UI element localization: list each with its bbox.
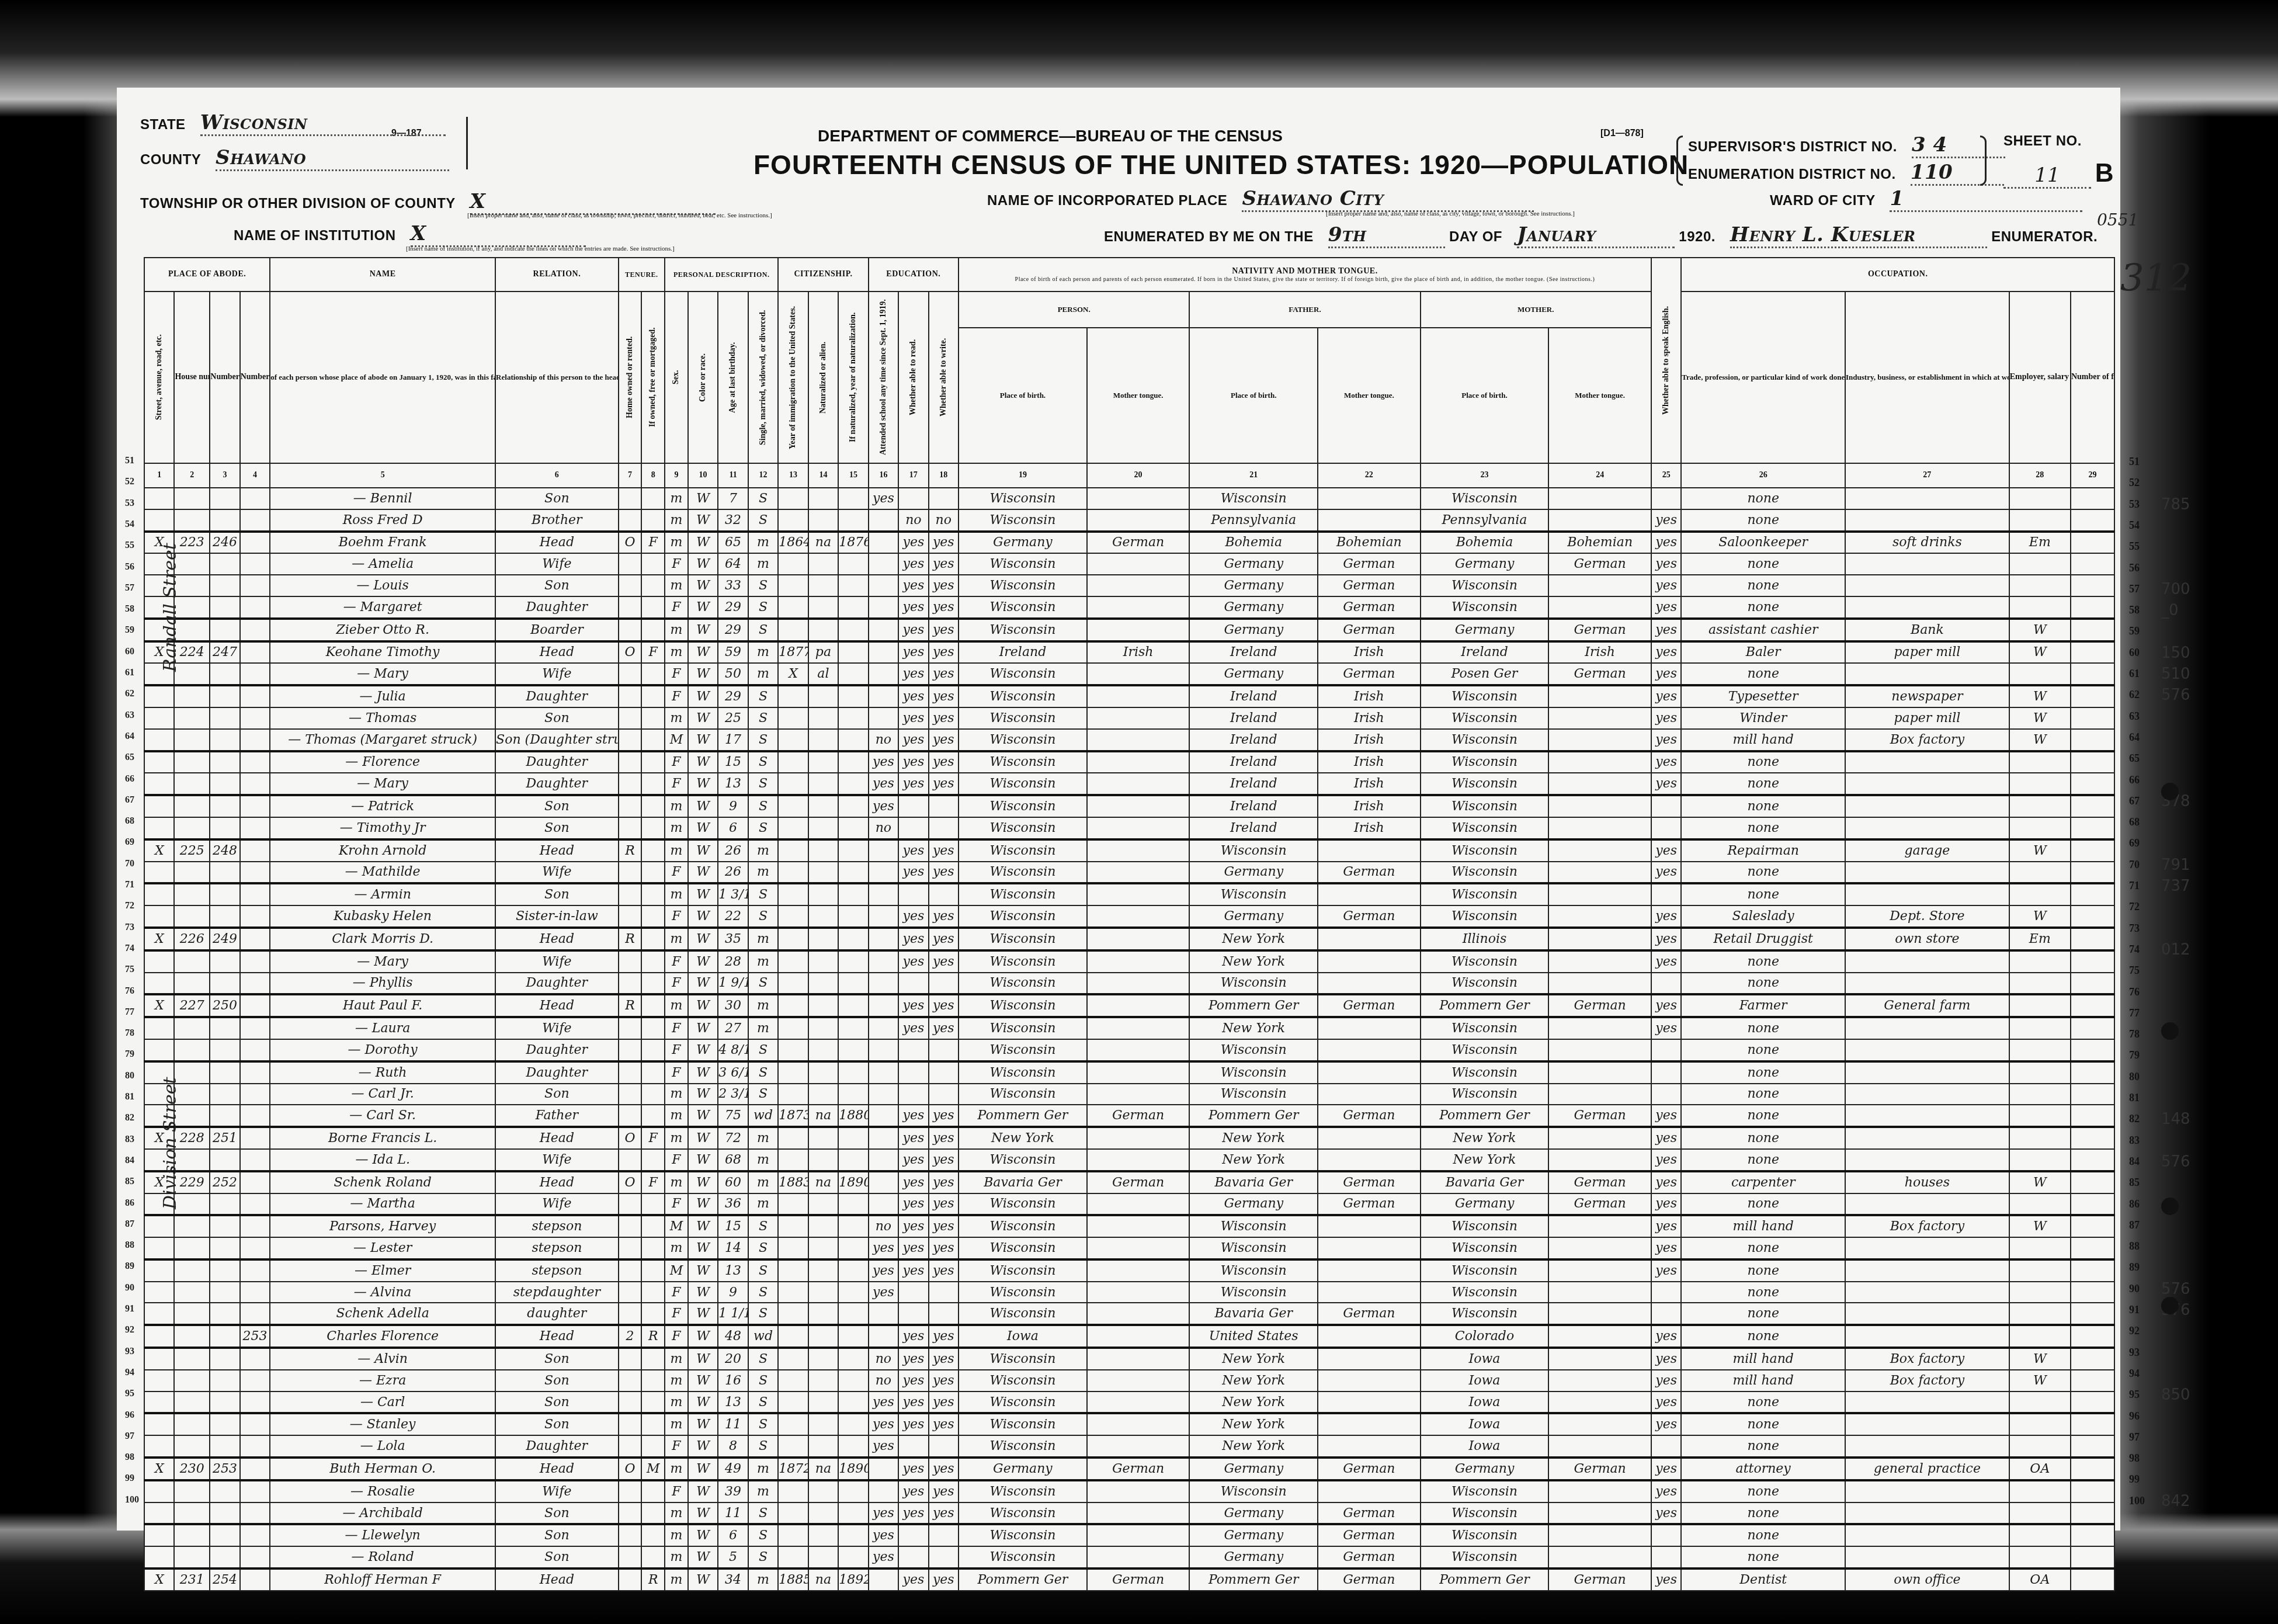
marital-status-cell: m [748, 928, 778, 950]
dwelling-number-cell: 246 [210, 532, 239, 554]
farm-schedule-cell [2071, 883, 2114, 905]
street-mark-cell [144, 1282, 174, 1303]
mother-birthplace-cell: Germany [1421, 1458, 1549, 1480]
line-number-right: 92 [2129, 1325, 2140, 1337]
street-mark-cell: X [144, 1458, 174, 1480]
naturalized-cell: na [808, 532, 838, 554]
father-tongue-cell [1318, 1084, 1420, 1105]
trade-cell: none [1681, 862, 1845, 884]
age-cell: 20 [718, 1348, 748, 1370]
table-row: X224247Keohane TimothyHeadOFmW59m1877pay… [144, 641, 2114, 664]
col-17-header: Whether able to read. [898, 292, 928, 463]
dwelling-number-cell [210, 773, 239, 795]
trade-cell: Baler [1681, 641, 1845, 664]
line-number-left: 88 [125, 1240, 134, 1251]
ward-label: WARD OF CITY [1770, 193, 1875, 209]
mother-tongue-cell [1087, 1215, 1189, 1237]
father-tongue-cell: German [1318, 663, 1420, 685]
sex-cell: m [665, 1348, 688, 1370]
race-cell: W [688, 773, 718, 795]
col-22-header: Mother tongue. [1318, 328, 1420, 463]
attended-school-cell [869, 994, 898, 1017]
race-cell: W [688, 1282, 718, 1303]
line-number-left: 65 [125, 752, 134, 763]
worker-class-cell: W [2009, 729, 2071, 751]
mother-mother-tongue-cell: German [1548, 1569, 1651, 1591]
able-to-read-cell [898, 1039, 928, 1061]
home-owned-cell: 2 [619, 1325, 642, 1348]
house-number-cell [174, 1413, 210, 1435]
dwelling-number-cell [210, 1039, 239, 1061]
home-owned-cell [619, 1348, 642, 1370]
immigration-year-cell [778, 553, 808, 575]
marital-status-cell: S [748, 1061, 778, 1084]
dwelling-number-cell [210, 905, 239, 928]
house-number-cell [174, 773, 210, 795]
relation-cell: Head [495, 1569, 619, 1591]
naturalized-cell [808, 596, 838, 619]
home-owned-cell [619, 1435, 642, 1458]
birthplace-cell: Wisconsin [959, 619, 1087, 641]
dwelling-number-cell [210, 1325, 239, 1348]
immigration-year-cell [778, 575, 808, 596]
industry-cell [1845, 1391, 2009, 1414]
speaks-english-cell: yes [1651, 1413, 1681, 1435]
home-owned-cell [619, 1105, 642, 1127]
marital-status-cell: m [748, 1458, 778, 1480]
worker-class-cell: W [2009, 839, 2071, 862]
speaks-english-cell: yes [1651, 1237, 1681, 1259]
free-or-mortgaged-cell [641, 685, 665, 707]
dwelling-number-cell: 252 [210, 1171, 239, 1193]
col-9-header: Sex. [665, 292, 688, 463]
family-number-cell [240, 532, 270, 554]
birthplace-cell: Wisconsin [959, 795, 1087, 817]
person-name-cell: — Carl Sr. [270, 1105, 495, 1127]
sheet-side: B [2095, 159, 2114, 188]
binder-hole [2161, 1198, 2179, 1215]
trade-cell: none [1681, 1502, 1845, 1525]
day-of-label: DAY OF [1449, 229, 1502, 245]
birthplace-cell: Wisconsin [959, 488, 1087, 509]
industry-cell [1845, 488, 2009, 509]
relation-cell: Daughter [495, 685, 619, 707]
family-number-cell [240, 795, 270, 817]
naturalization-year-cell [838, 1215, 868, 1237]
mother-tongue-cell [1087, 619, 1189, 641]
worker-class-cell: Em [2009, 928, 2071, 950]
sex-cell: m [665, 1127, 688, 1149]
attended-school-cell [869, 575, 898, 596]
sheet-mark: 312 [2120, 257, 2192, 300]
father-birthplace-cell: Wisconsin [1189, 839, 1318, 862]
nativity-title: NATIVITY AND MOTHER TONGUE. [959, 267, 1651, 276]
person-name-cell: Boehm Frank [270, 532, 495, 554]
state-value: Wisconsin [200, 111, 446, 136]
father-tongue-cell: German [1318, 1524, 1420, 1546]
age-cell: 28 [718, 950, 748, 973]
home-owned-cell [619, 1569, 642, 1591]
person-name-cell: — Margaret [270, 596, 495, 619]
able-to-read-cell: yes [898, 1237, 928, 1259]
line-number-left: 59 [125, 625, 134, 636]
mother-tongue-cell: German [1087, 1105, 1189, 1127]
industry-cell: Box factory [1845, 1370, 2009, 1391]
person-name-cell: Zieber Otto R. [270, 619, 495, 641]
line-number-left: 93 [125, 1347, 134, 1357]
line-number-left: 52 [125, 477, 134, 487]
mother-birthplace-cell: Wisconsin [1421, 839, 1549, 862]
immigration-year-cell [778, 1370, 808, 1391]
free-or-mortgaged-cell [641, 1017, 665, 1039]
group-personal-description: PERSONAL DESCRIPTION. [665, 258, 778, 292]
farm-schedule-cell [2071, 950, 2114, 973]
father-birthplace-cell: Germany [1189, 905, 1318, 928]
house-number-cell [174, 1325, 210, 1348]
father-birthplace-cell: Wisconsin [1189, 883, 1318, 905]
race-cell: W [688, 1149, 718, 1171]
mother-mother-tongue-cell [1548, 1237, 1651, 1259]
father-birthplace-cell: Ireland [1189, 795, 1318, 817]
father-birthplace-cell: Wisconsin [1189, 1480, 1318, 1502]
family-number-cell [240, 1171, 270, 1193]
age-cell: 36 [718, 1193, 748, 1216]
home-owned-cell [619, 1282, 642, 1303]
naturalization-year-cell [838, 641, 868, 664]
house-number-cell [174, 1215, 210, 1237]
naturalization-year-cell [838, 862, 868, 884]
sex-cell: m [665, 1524, 688, 1546]
house-number-cell [174, 817, 210, 839]
sex-cell: F [665, 950, 688, 973]
table-row: — StanleySonmW11SyesyesyesWisconsinNew Y… [144, 1413, 2114, 1435]
naturalization-year-cell [838, 1127, 868, 1149]
line-number-right: 98 [2129, 1452, 2140, 1465]
mother-birthplace-cell: Colorado [1421, 1325, 1549, 1348]
speaks-english-cell [1651, 1303, 1681, 1325]
birthplace-cell: Wisconsin [959, 509, 1087, 532]
home-owned-cell [619, 619, 642, 641]
census-table: PLACE OF ABODE. NAME RELATION. TENURE. P… [144, 257, 2115, 1591]
home-owned-cell [619, 663, 642, 685]
naturalized-cell [808, 1370, 838, 1391]
person-name-cell: — Ida L. [270, 1149, 495, 1171]
race-cell: W [688, 883, 718, 905]
home-owned-cell [619, 1215, 642, 1237]
naturalized-cell [808, 1061, 838, 1084]
table-row: — DorothyDaughterFW4 8/12SWisconsinWisco… [144, 1039, 2114, 1061]
immigration-year-cell [778, 1259, 808, 1282]
worker-class-cell: OA [2009, 1458, 2071, 1480]
mother-tongue-cell [1087, 1391, 1189, 1414]
attended-school-cell [869, 1303, 898, 1325]
able-to-write-cell: yes [929, 532, 959, 554]
industry-cell [1845, 1193, 2009, 1216]
dwelling-number-cell: 250 [210, 994, 239, 1017]
home-owned-cell [619, 1149, 642, 1171]
naturalization-year-cell [838, 1325, 868, 1348]
father-tongue-cell: German [1318, 862, 1420, 884]
sex-cell: F [665, 1480, 688, 1502]
mother-tongue-cell [1087, 1282, 1189, 1303]
father-tongue-cell [1318, 839, 1420, 862]
line-number-left: 70 [125, 859, 134, 869]
industry-cell: newspaper [1845, 685, 2009, 707]
mother-mother-tongue-cell [1548, 862, 1651, 884]
col-21-header: Place of birth. [1189, 328, 1318, 463]
speaks-english-cell: yes [1651, 707, 1681, 729]
table-row: — ElmerstepsonMW13SyesyesyesWisconsinWis… [144, 1259, 2114, 1282]
father-birthplace-cell: Wisconsin [1189, 1061, 1318, 1084]
able-to-write-cell: yes [929, 751, 959, 773]
worker-class-cell [2009, 1127, 2071, 1149]
trade-cell: mill hand [1681, 1348, 1845, 1370]
header-bracket [466, 117, 468, 169]
col-number: 25 [1651, 463, 1681, 488]
naturalization-year-cell [838, 1237, 868, 1259]
immigration-year-cell [778, 729, 808, 751]
father-birthplace-cell: Ireland [1189, 817, 1318, 839]
naturalization-year-cell [838, 1348, 868, 1370]
line-number-left: 54 [125, 519, 134, 530]
farm-schedule-cell [2071, 1569, 2114, 1591]
able-to-read-cell [898, 883, 928, 905]
col-18-header: Whether able to write. [929, 292, 959, 463]
able-to-read-cell: yes [898, 596, 928, 619]
sex-cell: F [665, 1325, 688, 1348]
marital-status-cell: S [748, 707, 778, 729]
father-birthplace-cell: New York [1189, 928, 1318, 950]
person-name-cell: Rohloff Herman F [270, 1569, 495, 1591]
line-number-left: 92 [125, 1325, 134, 1335]
line-number-left: 61 [125, 668, 134, 678]
age-cell: 8 [718, 1435, 748, 1458]
race-cell: W [688, 663, 718, 685]
person-name-cell: Ross Fred D [270, 509, 495, 532]
farm-schedule-cell [2071, 905, 2114, 928]
relation-cell: Son [495, 1348, 619, 1370]
mother-mother-tongue-cell [1548, 1017, 1651, 1039]
mother-tongue-cell [1087, 795, 1189, 817]
mother-mother-tongue-cell [1548, 1215, 1651, 1237]
farm-schedule-cell [2071, 1458, 2114, 1480]
relation-cell: Son [495, 707, 619, 729]
table-row: — MaryWifeFW50mXalyesyesWisconsinGermany… [144, 663, 2114, 685]
table-row: — AlvinSonmW20SnoyesyesWisconsinNew York… [144, 1348, 2114, 1370]
col-number: 23 [1421, 463, 1549, 488]
marital-status-cell: S [748, 1237, 778, 1259]
mother-birthplace-cell: Iowa [1421, 1413, 1549, 1435]
industry-cell: soft drinks [1845, 532, 2009, 554]
speaks-english-cell [1651, 1084, 1681, 1105]
able-to-read-cell [898, 795, 928, 817]
mother-tongue-cell: German [1087, 1569, 1189, 1591]
attended-school-cell [869, 663, 898, 685]
mother-mother-tongue-cell [1548, 729, 1651, 751]
mother-mother-tongue-cell [1548, 905, 1651, 928]
family-number-cell [240, 1303, 270, 1325]
speaks-english-cell: yes [1651, 1480, 1681, 1502]
mother-tongue-cell [1087, 1325, 1189, 1348]
age-cell: 68 [718, 1149, 748, 1171]
township-note: [Insert proper name and, also, name of c… [467, 212, 772, 219]
sex-cell: m [665, 928, 688, 950]
sex-cell: F [665, 1017, 688, 1039]
table-row: — RosalieWifeFW39myesyesWisconsinWiscons… [144, 1480, 2114, 1502]
mother-birthplace-cell: Wisconsin [1421, 707, 1549, 729]
col-16-header: Attended school any time since Sept. 1, … [869, 292, 898, 463]
immigration-year-cell: 1872 [778, 1458, 808, 1480]
birthplace-cell: Wisconsin [959, 928, 1087, 950]
family-number-cell [240, 1480, 270, 1502]
dwelling-number-cell [210, 553, 239, 575]
race-cell: W [688, 1127, 718, 1149]
line-number-left: 81 [125, 1092, 134, 1102]
family-number-cell [240, 1282, 270, 1303]
street-mark-cell [144, 751, 174, 773]
able-to-read-cell: yes [898, 1105, 928, 1127]
able-to-read-cell [898, 1546, 928, 1569]
farm-schedule-cell [2071, 1149, 2114, 1171]
mother-mother-tongue-cell [1548, 1039, 1651, 1061]
relation-cell: Son [495, 883, 619, 905]
industry-cell [1845, 973, 2009, 995]
free-or-mortgaged-cell [641, 1524, 665, 1546]
able-to-write-cell: yes [929, 1193, 959, 1216]
mother-tongue-cell [1087, 1502, 1189, 1525]
immigration-year-cell [778, 973, 808, 995]
group-nativity: NATIVITY AND MOTHER TONGUE. Place of bir… [959, 258, 1651, 292]
naturalized-cell [808, 883, 838, 905]
mother-tongue-cell [1087, 1017, 1189, 1039]
mother-birthplace-cell: Wisconsin [1421, 1480, 1549, 1502]
industry-cell: paper mill [1845, 707, 2009, 729]
naturalized-cell: na [808, 1458, 838, 1480]
stamp-number: 0551 [2097, 210, 2138, 230]
able-to-write-cell: yes [929, 950, 959, 973]
birthplace-cell: Wisconsin [959, 1215, 1087, 1237]
marital-status-cell: S [748, 1303, 778, 1325]
home-owned-cell [619, 817, 642, 839]
birthplace-cell: Wisconsin [959, 773, 1087, 795]
sex-cell: F [665, 1435, 688, 1458]
line-number-right: 60 [2129, 647, 2140, 659]
state-field: STATE Wisconsin [140, 111, 446, 136]
trade-cell: none [1681, 1149, 1845, 1171]
col-number: 4 [240, 463, 270, 488]
trade-cell: none [1681, 973, 1845, 995]
free-or-mortgaged-cell [641, 1193, 665, 1216]
supervisor-district-value: 3 4 [1912, 133, 2005, 158]
sex-cell: m [665, 1171, 688, 1193]
street-mark-cell [144, 973, 174, 995]
father-birthplace-cell: Germany [1189, 862, 1318, 884]
street-mark-cell [144, 795, 174, 817]
person-name-cell: — Carl Jr. [270, 1084, 495, 1105]
naturalization-year-cell: 1876 [838, 532, 868, 554]
attended-school-cell [869, 839, 898, 862]
line-number-right: 76 [2129, 986, 2140, 998]
naturalization-year-cell [838, 928, 868, 950]
county-label: COUNTY [140, 152, 201, 168]
line-number-left: 78 [125, 1028, 134, 1039]
mother-tongue-cell: German [1087, 1171, 1189, 1193]
house-number-cell [174, 1546, 210, 1569]
occupation-code: 850 [2161, 1386, 2190, 1404]
trade-cell: attorney [1681, 1458, 1845, 1480]
enumeration-date-field: ENUMERATED BY ME ON THE 9th DAY OF Janua… [1104, 223, 2098, 248]
table-row: — AlvinastepdaughterFW9SyesWisconsinWisc… [144, 1282, 2114, 1303]
father-birthplace-cell: Wisconsin [1189, 1084, 1318, 1105]
race-cell: W [688, 1303, 718, 1325]
mother-birthplace-cell: Wisconsin [1421, 751, 1549, 773]
family-number-cell [240, 773, 270, 795]
marital-status-cell: m [748, 1569, 778, 1591]
father-tongue-cell: German [1318, 1171, 1420, 1193]
father-tongue-cell: Irish [1318, 685, 1420, 707]
speaks-english-cell: yes [1651, 685, 1681, 707]
relation-cell: Wife [495, 1017, 619, 1039]
able-to-read-cell: yes [898, 950, 928, 973]
free-or-mortgaged-cell [641, 1105, 665, 1127]
table-row: — LauraWifeFW27myesyesWisconsinNew YorkW… [144, 1017, 2114, 1039]
family-number-cell [240, 509, 270, 532]
person-name-cell: — Laura [270, 1017, 495, 1039]
race-cell: W [688, 641, 718, 664]
speaks-english-cell: yes [1651, 751, 1681, 773]
trade-cell: none [1681, 1524, 1845, 1546]
dwelling-number-cell [210, 1370, 239, 1391]
race-cell: W [688, 553, 718, 575]
naturalized-cell [808, 862, 838, 884]
line-number-right: 64 [2129, 731, 2140, 744]
naturalization-year-cell: 1880 [838, 1105, 868, 1127]
naturalized-cell [808, 1039, 838, 1061]
mother-mother-tongue-cell [1548, 795, 1651, 817]
naturalized-cell [808, 1391, 838, 1414]
relation-cell: Wife [495, 862, 619, 884]
dwelling-number-cell [210, 1215, 239, 1237]
worker-class-cell [2009, 509, 2071, 532]
able-to-read-cell: yes [898, 1325, 928, 1348]
immigration-year-cell [778, 1413, 808, 1435]
able-to-read-cell: yes [898, 1017, 928, 1039]
industry-cell [1845, 1435, 2009, 1458]
relation-cell: Head [495, 1171, 619, 1193]
speaks-english-cell: yes [1651, 1391, 1681, 1414]
house-number-cell [174, 973, 210, 995]
home-owned-cell [619, 1303, 642, 1325]
mother-mother-tongue-cell [1548, 1370, 1651, 1391]
mother-mother-tongue-cell [1548, 1127, 1651, 1149]
able-to-write-cell [929, 883, 959, 905]
birthplace-cell: Pommern Ger [959, 1569, 1087, 1591]
birthplace-cell: Wisconsin [959, 1391, 1087, 1414]
sex-cell: F [665, 553, 688, 575]
immigration-year-cell [778, 685, 808, 707]
dwelling-number-cell [210, 1546, 239, 1569]
able-to-write-cell [929, 795, 959, 817]
relation-cell: Head [495, 1325, 619, 1348]
trade-cell: none [1681, 1105, 1845, 1127]
age-cell: 26 [718, 839, 748, 862]
birthplace-cell: Wisconsin [959, 1039, 1087, 1061]
mother-birthplace-cell: Wisconsin [1421, 575, 1549, 596]
able-to-write-cell: yes [929, 1413, 959, 1435]
race-cell: W [688, 729, 718, 751]
attended-school-cell [869, 1569, 898, 1591]
father-birthplace-cell: New York [1189, 1435, 1318, 1458]
